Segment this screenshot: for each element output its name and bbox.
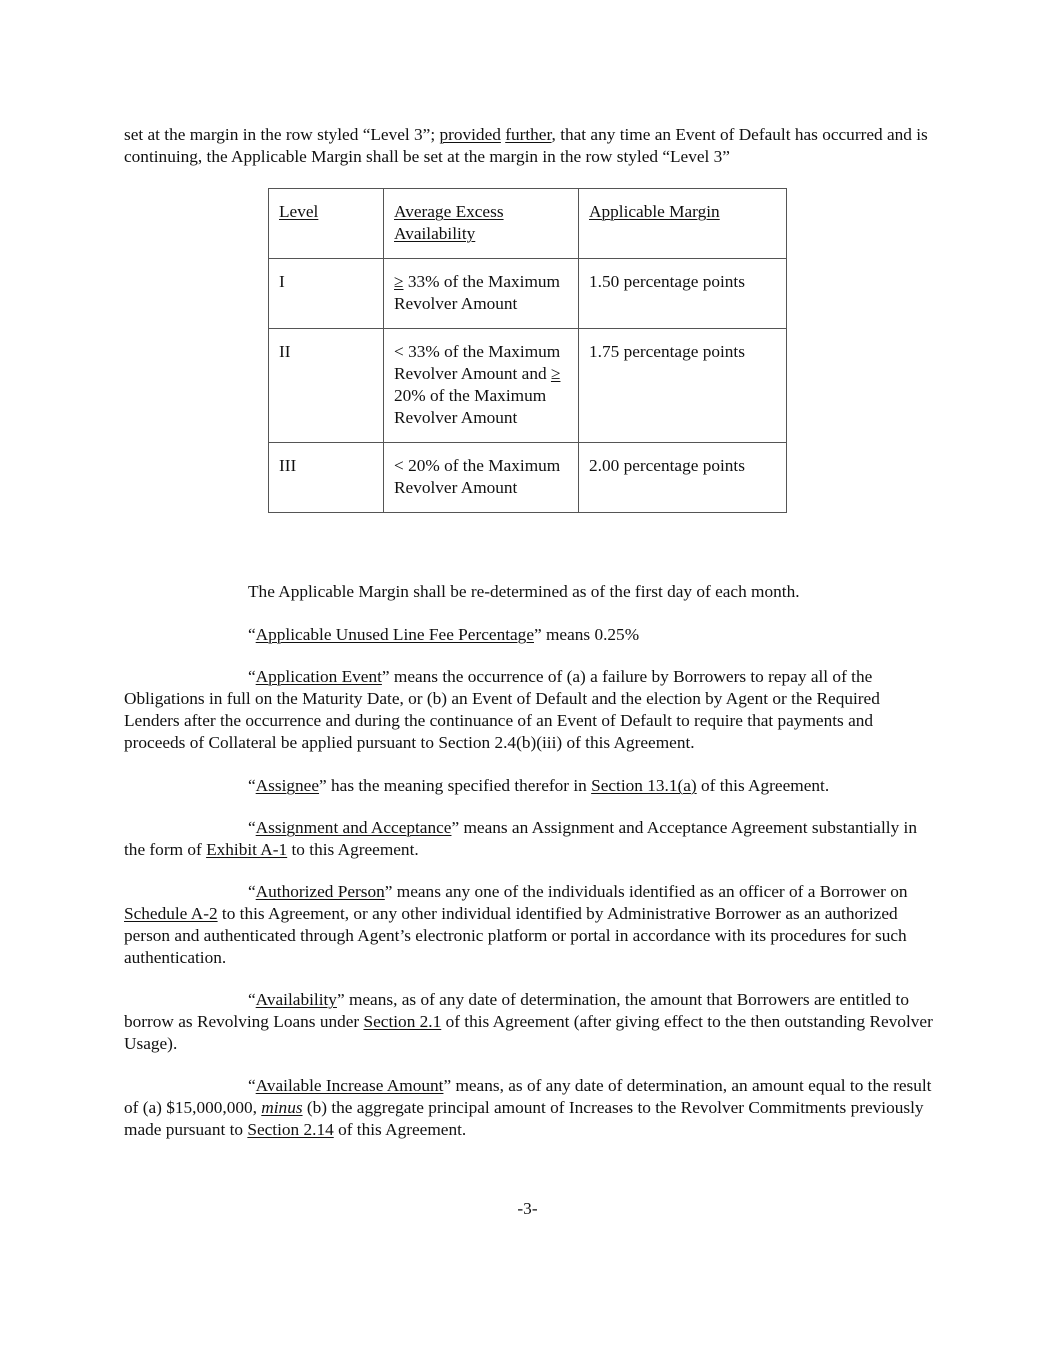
header-applicable-margin: Applicable Margin [589, 202, 720, 221]
definition-assignee: “Assignee” has the meaning specified the… [124, 775, 934, 797]
definition-availability: “Availability” means, as of any date of … [124, 989, 934, 1055]
table-row: I ≥ 33% of the Maximum Revolver Amount 1… [269, 259, 787, 329]
exhibit-reference-link[interactable]: Exhibit A-1 [206, 840, 287, 859]
applicable-margin-table: Level Average Excess Availability Applic… [268, 188, 787, 513]
further-term: further [505, 125, 551, 144]
defined-term: Assignee [256, 776, 319, 795]
level-cell: III [269, 443, 384, 513]
table-row: III < 20% of the Maximum Revolver Amount… [269, 443, 787, 513]
margin-cell: 2.00 percentage points [579, 443, 787, 513]
definition-authorized-person: “Authorized Person” means any one of the… [124, 881, 934, 969]
schedule-reference-link[interactable]: Schedule A-2 [124, 904, 218, 923]
page-number: -3- [0, 1198, 1055, 1220]
availability-cell: ≥ 33% of the Maximum Revolver Amount [384, 259, 579, 329]
definition-assignment-and-acceptance: “Assignment and Acceptance” means an Ass… [124, 817, 934, 861]
defined-term: Available Increase Amount [256, 1076, 444, 1095]
defined-term: Authorized Person [256, 882, 385, 901]
level-cell: II [269, 329, 384, 443]
defined-term: Availability [256, 990, 337, 1009]
definition-unused-line-fee: “Applicable Unused Line Fee Percentage” … [124, 624, 934, 646]
definition-available-increase-amount: “Available Increase Amount” means, as of… [124, 1075, 934, 1141]
defined-term: Assignment and Acceptance [256, 818, 452, 837]
section-reference-link[interactable]: Section 2.1 [364, 1012, 442, 1031]
intro-paragraph: set at the margin in the row styled “Lev… [124, 124, 934, 168]
section-reference-link[interactable]: Section 13.1(a) [591, 776, 697, 795]
defined-term: Application Event [256, 667, 382, 686]
definition-application-event: “Application Event” means the occurrence… [124, 666, 934, 754]
availability-cell: < 33% of the Maximum Revolver Amount and… [384, 329, 579, 443]
margin-cell: 1.75 percentage points [579, 329, 787, 443]
minus-term: minus [261, 1098, 302, 1117]
level-cell: I [269, 259, 384, 329]
redetermined-paragraph: The Applicable Margin shall be re-determ… [124, 581, 934, 603]
table-header-row: Level Average Excess Availability Applic… [269, 189, 787, 259]
section-reference-link[interactable]: Section 2.14 [247, 1120, 333, 1139]
margin-cell: 1.50 percentage points [579, 259, 787, 329]
availability-cell: < 20% of the Maximum Revolver Amount [384, 443, 579, 513]
provided-term: provided [439, 125, 500, 144]
defined-term: Applicable Unused Line Fee Percentage [256, 625, 534, 644]
header-level: Level [279, 202, 318, 221]
header-average-excess-availability: Average Excess Availability [394, 202, 504, 243]
table-row: II < 33% of the Maximum Revolver Amount … [269, 329, 787, 443]
